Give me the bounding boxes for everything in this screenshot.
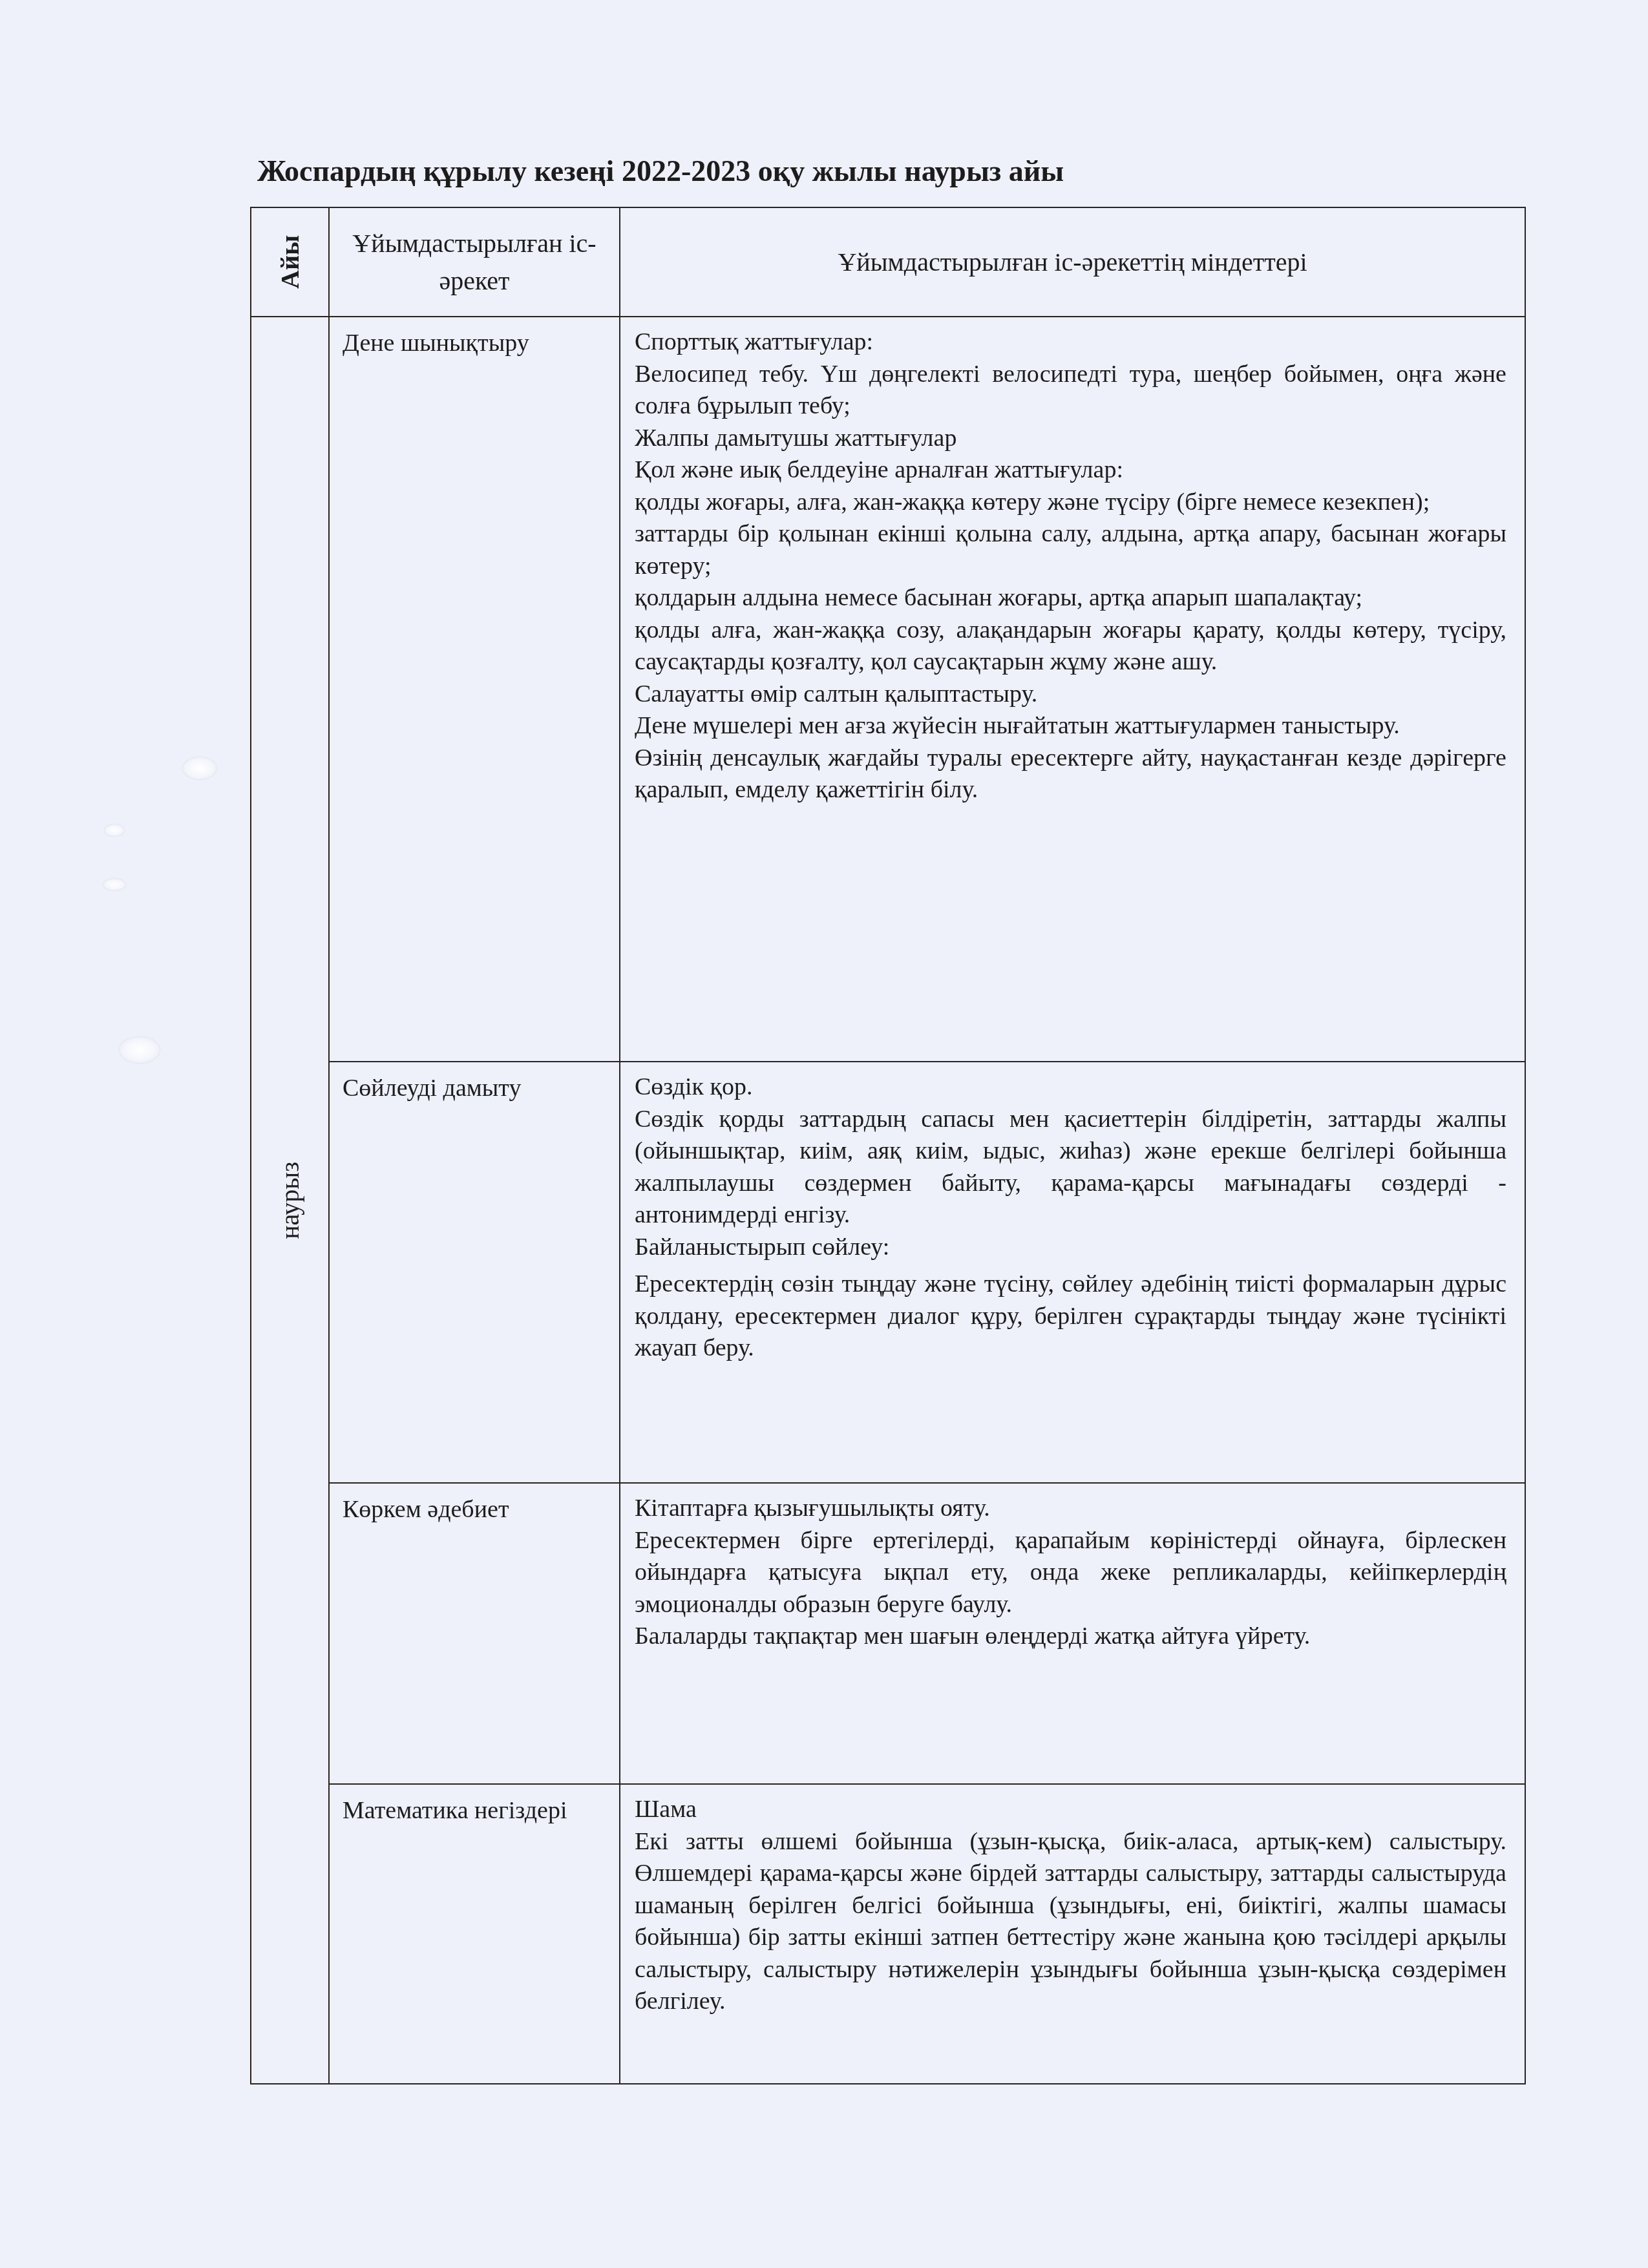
tasks-cell: Сөздік қор. Сөздік қорды заттардың сапас… <box>620 1062 1525 1483</box>
month-value: наурыз <box>275 1162 305 1239</box>
punch-hole-mark <box>120 1037 160 1063</box>
task-line: заттарды бір қолынан екінші қолына салу,… <box>635 518 1506 582</box>
table-row: Математика негіздері Шама Екі затты өлше… <box>251 1784 1525 2084</box>
task-line: Салауатты өмір салтын қалыптастыру. <box>635 678 1506 711</box>
activity-cell: Математика негіздері <box>329 1784 620 2084</box>
activity-cell: Дене шынықтыру <box>329 317 620 1062</box>
punch-hole-mark <box>103 879 125 890</box>
task-line: Байланыстырып сөйлеу: <box>635 1232 1506 1264</box>
task-line: Балаларды тақпақтар мен шағын өлеңдерді … <box>635 1621 1506 1653</box>
task-line: Кітаптарға қызығушылықты ояту. <box>635 1493 1506 1525</box>
tasks-cell: Шама Екі затты өлшемі бойынша (ұзын-қысқ… <box>620 1784 1525 2084</box>
header-tasks: Ұйымдастырылған іс-әрекеттің міндеттері <box>620 207 1525 317</box>
header-activity: Ұйымдастырылған іс-әрекет <box>329 207 620 317</box>
task-line: қолды жоғары, алға, жан-жаққа көтеру жән… <box>635 487 1506 519</box>
task-line: Сөздік қорды заттардың сапасы мен қасиет… <box>635 1104 1506 1232</box>
activity-cell: Көркем әдебиет <box>329 1483 620 1784</box>
task-line: қолдарын алдына немесе басынан жоғары, а… <box>635 582 1506 614</box>
task-line: қолды алға, жан-жаққа созу, алақандарын … <box>635 614 1506 678</box>
task-line: Ересектермен бірге ертегілерді, қарапайы… <box>635 1525 1506 1621</box>
task-line: Сөздік қор. <box>635 1071 1506 1104</box>
table-row: Көркем әдебиет Кітаптарға қызығушылықты … <box>251 1483 1525 1784</box>
task-line: Дене мүшелері мен ағза жүйесін нығайтаты… <box>635 710 1506 742</box>
page-title: Жоспардың құрылу кезеңі 2022-2023 оқу жы… <box>257 154 1064 188</box>
task-line: Ересектердің сөзін тыңдау және түсіну, с… <box>635 1268 1506 1365</box>
task-line: Велосипед тебу. Үш дөңгелекті велосипедт… <box>635 359 1506 423</box>
task-line: Өзінің денсаулық жағдайы туралы ересекте… <box>635 742 1506 806</box>
header-month: Айы <box>251 207 329 317</box>
tasks-cell: Кітаптарға қызығушылықты ояту. Ересектер… <box>620 1483 1525 1784</box>
task-line: Спорттық жаттығулар: <box>635 326 1506 359</box>
task-line: Шама <box>635 1794 1506 1826</box>
table-row: Сөйлеуді дамыту Сөздік қор. Сөздік қорды… <box>251 1062 1525 1483</box>
punch-hole-mark <box>183 757 217 779</box>
task-line: Жалпы дамытушы жаттығулар <box>635 423 1506 455</box>
plan-table: Айы Ұйымдастырылған іс-әрекет Ұйымдастыр… <box>250 207 1526 2084</box>
header-month-label: Айы <box>275 208 305 316</box>
activity-cell: Сөйлеуді дамыту <box>329 1062 620 1483</box>
tasks-cell: Спорттық жаттығулар: Велосипед тебу. Үш … <box>620 317 1525 1062</box>
task-line: Қол және иық белдеуіне арналған жаттығул… <box>635 454 1506 487</box>
task-line: Екі затты өлшемі бойынша (ұзын-қысқа, би… <box>635 1826 1506 2018</box>
month-cell: наурыз <box>251 317 329 2084</box>
punch-hole-mark <box>105 824 124 836</box>
table-row: наурыз Дене шынықтыру Спорттық жаттығула… <box>251 317 1525 1062</box>
table-header-row: Айы Ұйымдастырылған іс-әрекет Ұйымдастыр… <box>251 207 1525 317</box>
